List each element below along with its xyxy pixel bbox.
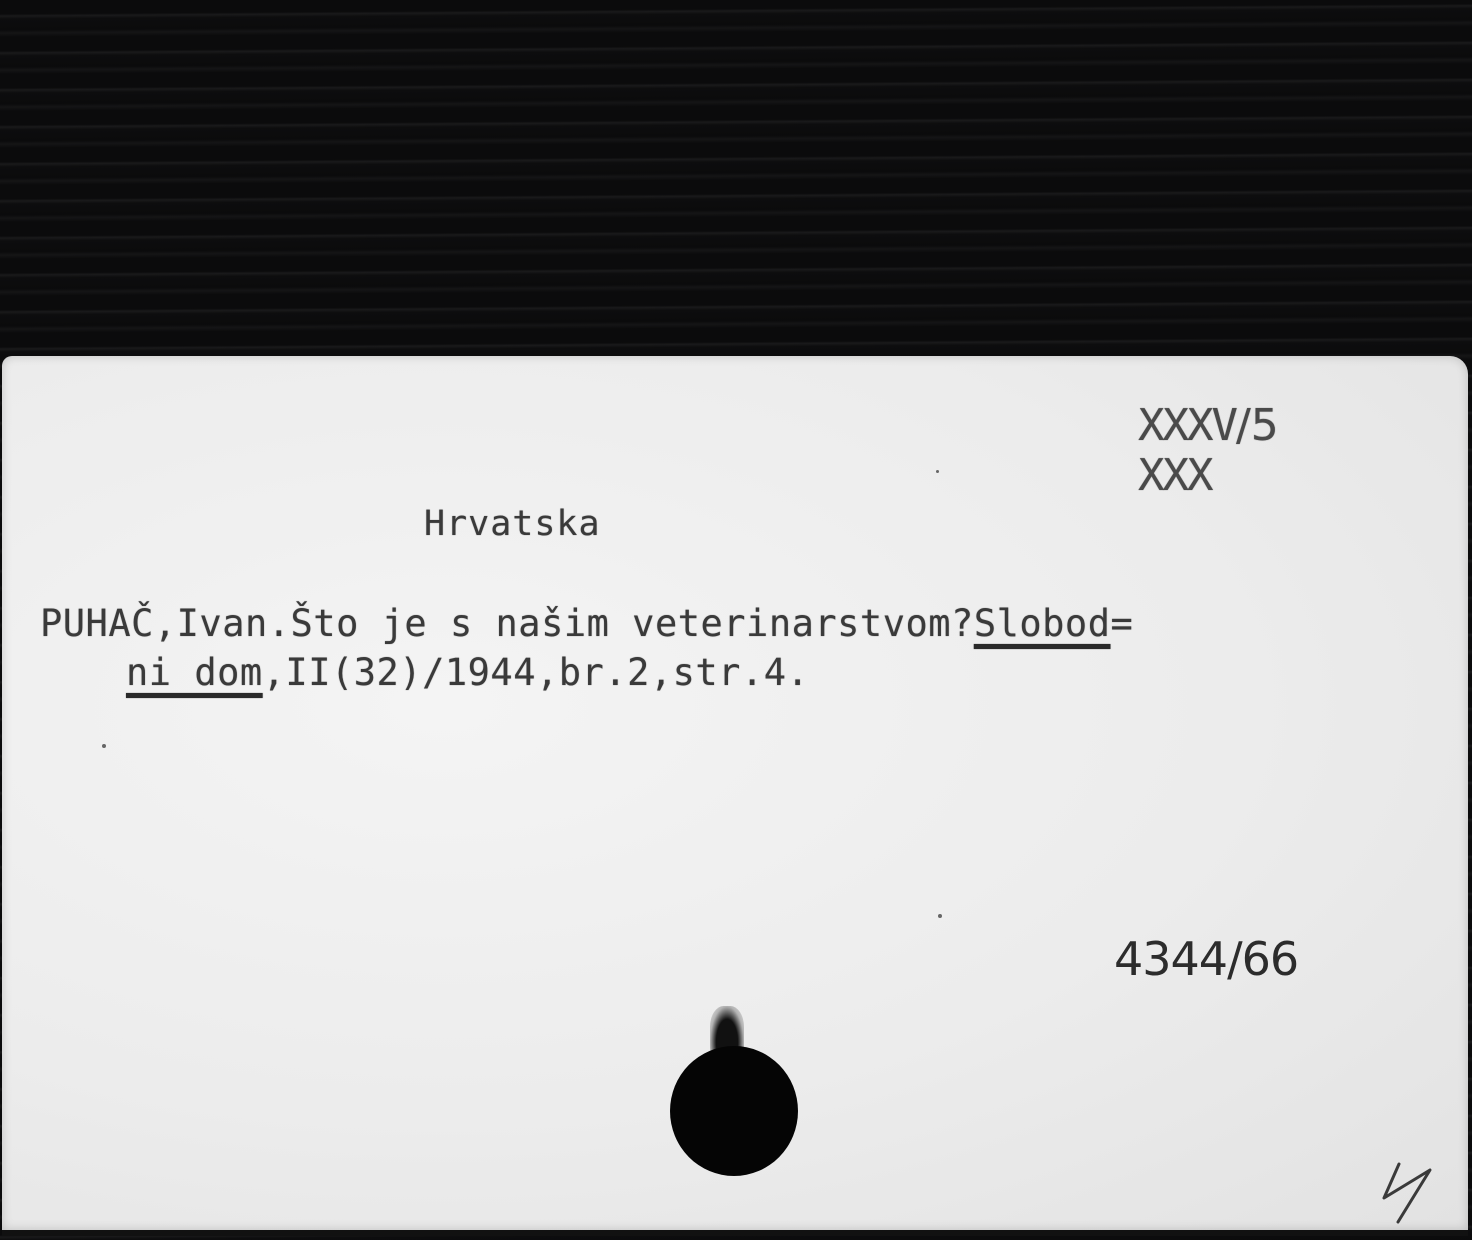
- handwritten-mark-icon: [1372, 1156, 1452, 1226]
- shelf-mark-roman: XXXV: [1138, 400, 1236, 451]
- entry-author-title: PUHAČ,Ivan.Što je s našim veterinarstvom…: [40, 602, 974, 645]
- entry-hyphen: =: [1110, 602, 1133, 645]
- speck: [938, 914, 942, 918]
- entry-line-2: ni dom,II(32)/1944,br.2,str.4.: [126, 651, 809, 694]
- punch-hole: [670, 1046, 798, 1176]
- subject-heading: Hrvatska: [424, 504, 601, 544]
- shelf-mark-line-2: XXX: [1138, 450, 1211, 501]
- entry-journal-title-part-2: ni dom: [126, 651, 263, 694]
- entry-journal-title-part-1: Slobod: [974, 602, 1111, 645]
- entry-line-1: PUHAČ,Ivan.Što je s našim veterinarstvom…: [40, 602, 1133, 645]
- entry-citation: ,II(32)/1944,br.2,str.4.: [263, 651, 810, 694]
- shelf-mark-line-1: XXXV/5: [1138, 400, 1279, 451]
- speck: [102, 744, 106, 748]
- scanned-card-background: XXXV/5 XXX Hrvatska PUHAČ,Ivan.Što je s …: [0, 0, 1472, 1240]
- accession-number: 4344/66: [1114, 932, 1298, 986]
- shelf-mark-suffix: /5: [1236, 400, 1279, 451]
- catalog-card: XXXV/5 XXX Hrvatska PUHAČ,Ivan.Što je s …: [2, 356, 1468, 1236]
- speck: [936, 470, 939, 473]
